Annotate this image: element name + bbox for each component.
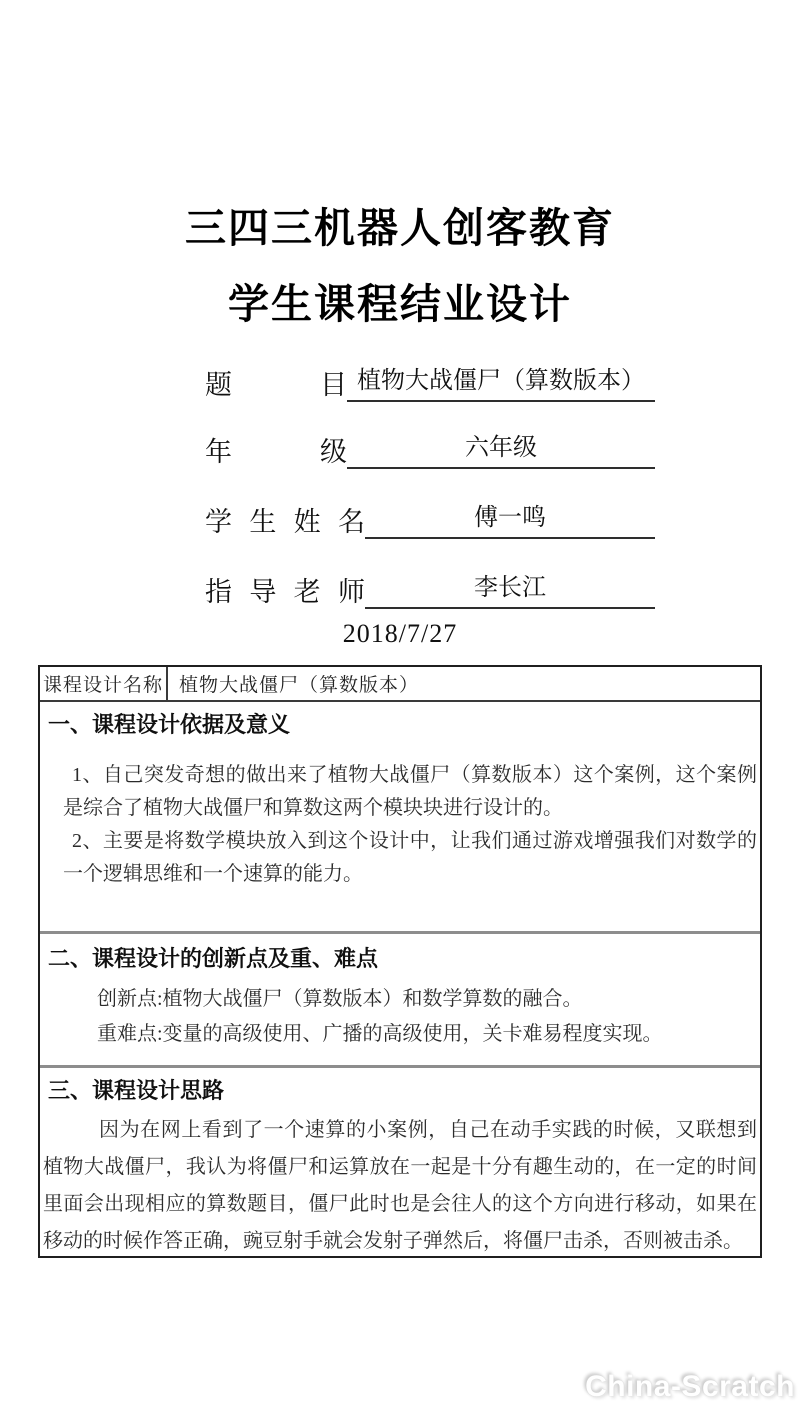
section-approach-paragraph: 因为在网上看到了一个速算的小案例，自己在动手实践的时候，又联想到植物大战僵尸，我…: [43, 1112, 757, 1260]
section-innovation-heading: 二、课程设计的创新点及重、难点: [40, 945, 760, 973]
section-innovation-point: 创新点:植物大战僵尸（算数版本）和数学算数的融合。: [97, 982, 757, 1017]
section-basis-heading: 一、课程设计依据及意义: [40, 711, 760, 739]
cover-title-line2: 学生课程结业设计: [0, 266, 800, 342]
section-basis-and-meaning: 一、课程设计依据及意义 1、自己突发奇想的做出来了植物大战僵尸（算数版本）这个案…: [40, 702, 760, 931]
student-name-field-label: 学生姓名: [205, 505, 365, 539]
section-basis-paragraph-1: 1、自己突发奇想的做出来了植物大战僵尸（算数版本）这个案例，这个案例是综合了植物…: [63, 759, 757, 825]
form-row-teacher: 指导老师 李长江: [205, 539, 655, 609]
section-innovation-difficulty: 二、课程设计的创新点及重、难点 创新点:植物大战僵尸（算数版本）和数学算数的融合…: [40, 931, 760, 1065]
topic-field-label: 题目: [205, 368, 347, 402]
document-page: 三四三机器人创客教育 学生课程结业设计 题目 植物大战僵尸（算数版本） 年级 六…: [0, 0, 800, 1422]
cover-form: 题目 植物大战僵尸（算数版本） 年级 六年级 学生姓名 傅一鸣 指导老师 李长江: [205, 366, 655, 609]
section-basis-paragraph-2: 2、主要是将数学模块放入到这个设计中，让我们通过游戏增强我们对数学的一个逻辑思维…: [63, 825, 757, 891]
course-name-row: 课程设计名称 植物大战僵尸（算数版本）: [40, 667, 760, 702]
teacher-field-value: 李长江: [365, 573, 655, 609]
form-row-topic: 题目 植物大战僵尸（算数版本）: [205, 366, 655, 402]
section-approach-heading: 三、课程设计思路: [40, 1077, 760, 1105]
teacher-field-label: 指导老师: [205, 575, 365, 609]
course-name-value: 植物大战僵尸（算数版本）: [168, 667, 760, 700]
form-row-student-name: 学生姓名 傅一鸣: [205, 469, 655, 539]
grade-field-label: 年级: [205, 435, 347, 469]
course-name-label: 课程设计名称: [40, 667, 168, 700]
topic-field-value: 植物大战僵尸（算数版本）: [347, 366, 655, 402]
form-row-grade: 年级 六年级: [205, 402, 655, 469]
cover-title-line1: 三四三机器人创客教育: [0, 0, 800, 266]
section-design-approach: 三、课程设计思路 因为在网上看到了一个速算的小案例，自己在动手实践的时候，又联想…: [40, 1065, 760, 1256]
china-scratch-watermark: China-Scratch: [585, 1370, 795, 1404]
cover-date: 2018/7/27: [0, 619, 800, 649]
course-design-table: 课程设计名称 植物大战僵尸（算数版本） 一、课程设计依据及意义 1、自己突发奇想…: [38, 665, 762, 1258]
grade-field-value: 六年级: [347, 433, 655, 469]
student-name-field-value: 傅一鸣: [365, 503, 655, 539]
section-difficulty-point: 重难点:变量的高级使用、广播的高级使用，关卡难易程度实现。: [97, 1017, 757, 1052]
